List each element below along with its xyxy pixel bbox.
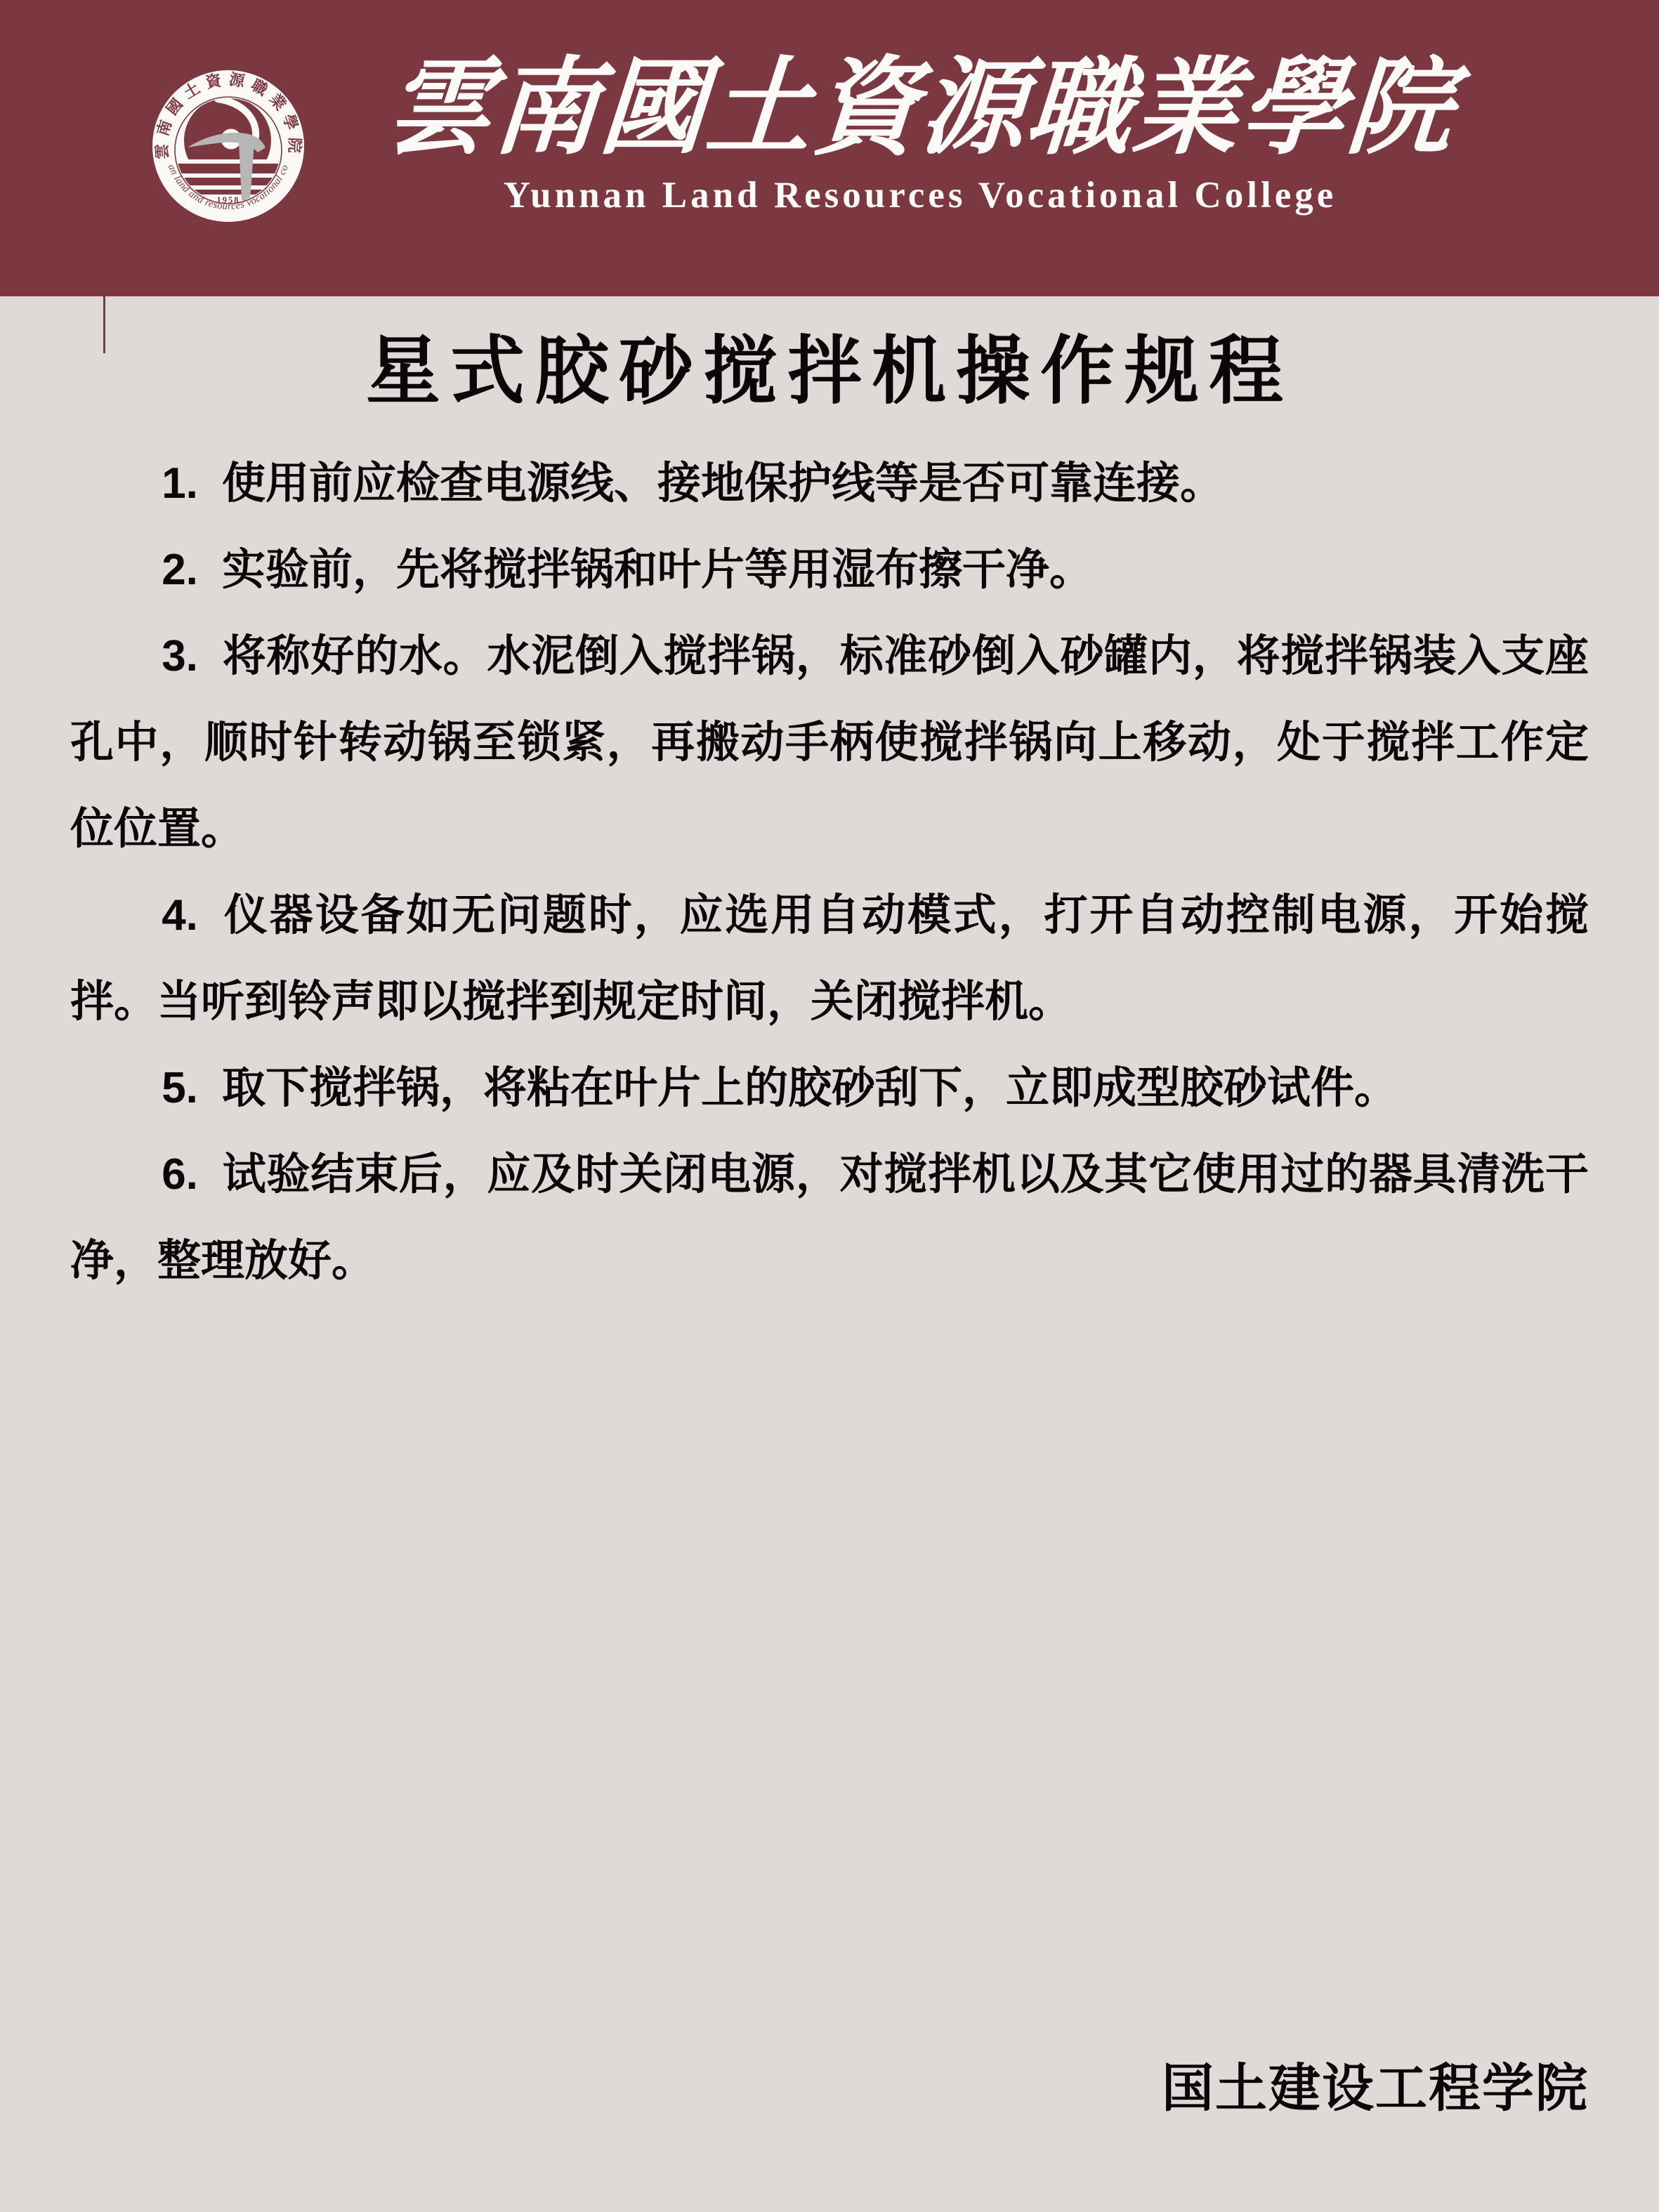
- item-number: 4.: [162, 891, 198, 940]
- item-number: 5.: [162, 1064, 198, 1112]
- procedure-item-2: 2.实验前，先将搅拌锅和叶片等用湿布擦干净。: [70, 527, 1589, 613]
- item-text: 将称好的水。水泥倒入搅拌锅，标准砂倒入砂罐内，将搅拌锅装入支座孔中，顺时针转动锅…: [70, 632, 1589, 853]
- procedure-item-6: 6.试验结束后，应及时关闭电源，对搅拌机以及其它使用过的器具清洗干净，整理放好。: [70, 1131, 1589, 1304]
- seal-year: · 1958 ·: [209, 195, 248, 205]
- procedure-item-5: 5.取下搅拌锅，将粘在叶片上的胶砂刮下，立即成型胶砂试件。: [70, 1045, 1589, 1131]
- college-seal-logo: 雲南國土資源職業學院 yunnan land and resources voc…: [152, 70, 304, 222]
- item-text: 取下搅拌锅，将粘在叶片上的胶砂刮下，立即成型胶砂试件。: [222, 1064, 1398, 1112]
- department-name: 国土建设工程学院: [1162, 2047, 1589, 2121]
- item-text: 试验结束后，应及时关闭电源，对搅拌机以及其它使用过的器具清洗干净，整理放好。: [70, 1150, 1589, 1285]
- item-number: 6.: [162, 1150, 198, 1199]
- document-body: 星式胶砂搅拌机操作规程 1.使用前应检查电源线、接地保护线等是否可靠连接。 2.…: [70, 324, 1589, 1304]
- item-number: 2.: [162, 546, 198, 594]
- item-text: 仪器设备如无问题时，应选用自动模式，打开自动控制电源，开始搅拌。当听到铃声即以搅…: [70, 891, 1589, 1026]
- college-name-zh: 雲南國土資源職業學院: [374, 34, 1467, 181]
- item-text: 使用前应检查电源线、接地保护线等是否可靠连接。: [222, 459, 1224, 508]
- item-number: 1.: [162, 459, 198, 508]
- college-seal-icon: 雲南國土資源職業學院 yunnan land and resources voc…: [152, 70, 304, 222]
- procedure-list: 1.使用前应检查电源线、接地保护线等是否可靠连接。 2.实验前，先将搅拌锅和叶片…: [70, 440, 1589, 1304]
- page-title: 星式胶砂搅拌机操作规程: [70, 324, 1589, 419]
- item-number: 3.: [162, 632, 198, 680]
- item-text: 实验前，先将搅拌锅和叶片等用湿布擦干净。: [222, 546, 1093, 594]
- procedure-item-3: 3.将称好的水。水泥倒入搅拌锅，标准砂倒入砂罐内，将搅拌锅装入支座孔中，顺时针转…: [70, 613, 1589, 872]
- poster-page: 雲南國土資源職業學院 yunnan land and resources voc…: [0, 0, 1659, 2212]
- college-name-en: Yunnan Land Resources Vocational College: [379, 174, 1461, 216]
- header-banner: 雲南國土資源職業學院 yunnan land and resources voc…: [0, 0, 1659, 296]
- procedure-item-4: 4.仪器设备如无问题时，应选用自动模式，打开自动控制电源，开始搅拌。当听到铃声即…: [70, 872, 1589, 1045]
- procedure-item-1: 1.使用前应检查电源线、接地保护线等是否可靠连接。: [70, 440, 1589, 527]
